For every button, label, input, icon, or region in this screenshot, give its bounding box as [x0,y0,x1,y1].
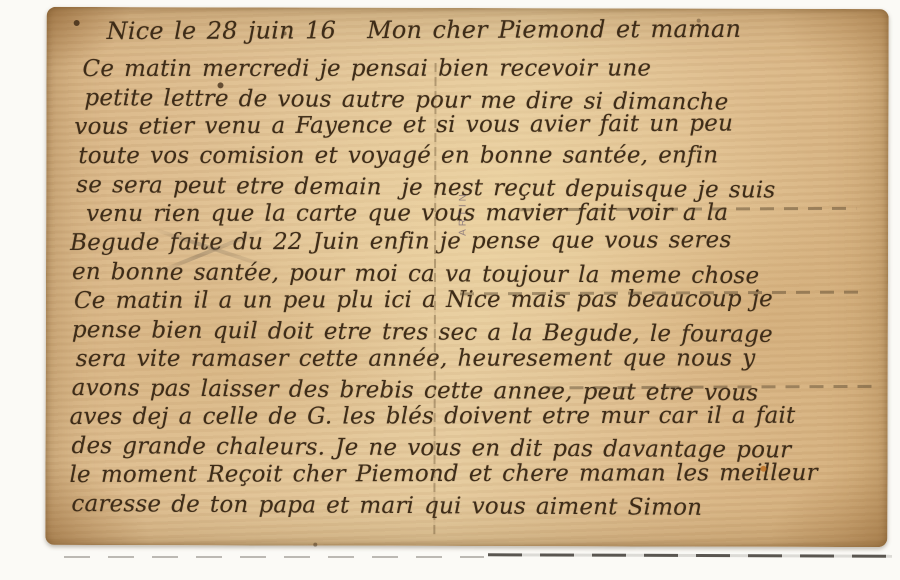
postcard-scan: Nice le 28 juin 16 Mon cher Piemond et m… [0,0,900,580]
handwritten-line: toute vos comision et voyagé en bonne sa… [78,141,870,171]
pencil-smudge [150,223,280,277]
handwritten-line: caresse de ton papa et mari qui vous aim… [71,490,869,524]
handwritten-line: Nice le 28 juin 16 Mon cher Piemond et m… [107,14,871,46]
printers-mark-vertical-text: ARTIN [458,168,469,258]
postcard-paper: Nice le 28 juin 16 Mon cher Piemond et m… [45,7,888,547]
handwritten-line: le moment Reçoit cher Piemond et chere m… [69,459,869,490]
handwritten-line: sera vite ramaser cette année, heureseme… [76,344,870,374]
handwritten-line: Ce matin il a un peu plu ici a Nice mais… [74,285,870,316]
handwritten-line: vous etier venu a Fayence et si vous avi… [74,109,870,142]
scan-artifact-line [64,556,484,558]
scan-artifact-line [488,553,892,557]
handwritten-line: aves dej a celle de G. les blés doivent … [70,402,870,432]
ink-specks [47,7,51,11]
handwritten-line: Ce matin mercredi je pensai bien recevoi… [83,54,871,84]
